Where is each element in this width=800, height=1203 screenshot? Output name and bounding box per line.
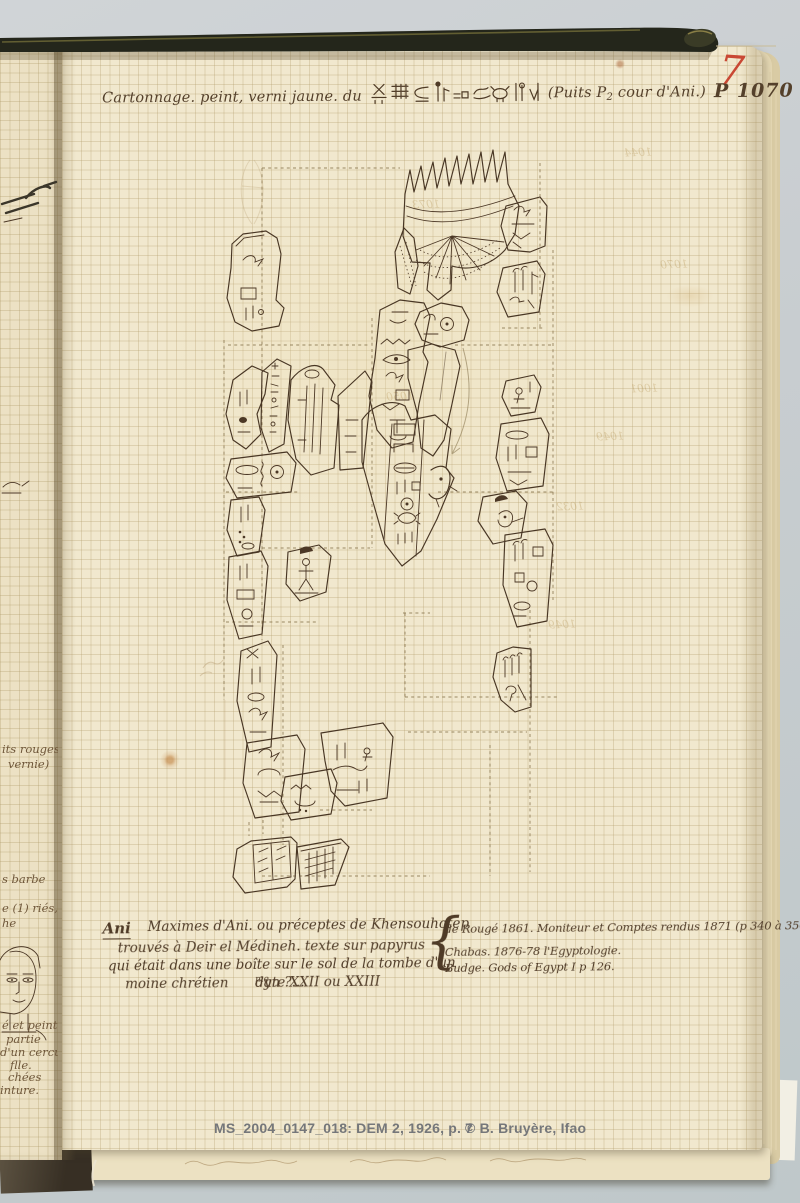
archive-id-caption: MS_2004_0147_018: DEM 2, 1926, p. 7 [214,1120,473,1136]
hieroglyph-inscription [370,79,540,104]
bleedthrough-number: 1070 [660,258,688,272]
margin-fragment: inture. [0,1083,39,1097]
bleedthrough-number: 1049 [596,430,624,444]
margin-fragment: chées [8,1070,41,1084]
margin-fragment: e (1) riés, [2,901,58,915]
margin-fragment: its rouges. [2,742,58,756]
margin-fragment: s barbe [2,872,45,886]
notes-line: Maximes d'Ani. ou préceptes de Khensouho… [147,916,469,935]
margin-fragment: he [2,916,16,930]
next-page-edge [66,1148,770,1180]
header-site: (Puits P2 cour d'Ani.) [548,84,706,103]
notes-line: trouvés à Deir el Médineh. texte sur pap… [118,937,425,956]
bleedthrough-number: 1049 [548,618,576,632]
bleedthrough-number: 1073 [412,198,440,212]
previous-page-text: its rouges. vernie) s barbe e (1) riés, … [0,46,58,1158]
bleedthrough-number: 1050 [386,390,414,404]
notes-line: qui était dans une boîte sur le sol de l… [108,955,456,975]
notes-block: Ani Maximes d'Ani. ou préceptes de Khens… [99,908,780,1025]
bleedthrough-number: 1032 [556,500,584,514]
margin-fragment: partie [6,1032,41,1046]
bleedthrough-number: 1044 [624,146,652,160]
folio-number: 7 [717,47,746,95]
header-line: Cartonnage. peint, verni jaune. du (Puit… [102,78,794,107]
reference-line: Chabas. 1876-78 l'Egyptologie. [445,943,621,959]
scanned-notebook-page-photo: 1044 1070 1001 1049 1032 1049 1073 1050 [0,0,800,1203]
margin-fragment: é et peint [2,1018,57,1032]
margin-fragment: vernie) [8,757,49,771]
copyright-caption: © B. Bruyère, Ifao [465,1120,586,1136]
reference-line: Budge. Gods of Egypt I p 126. [445,959,615,975]
bleedthrough-number: 1001 [630,382,658,396]
margin-fragment: d'un cercueil [0,1045,58,1059]
notes-line: moine chrétien [125,975,229,992]
header-text: Cartonnage. peint, verni jaune. du [102,89,362,107]
reference-line: de Rougé 1861. Moniteur et Comptes rendu… [445,918,800,936]
notes-label: Ani [102,919,130,939]
